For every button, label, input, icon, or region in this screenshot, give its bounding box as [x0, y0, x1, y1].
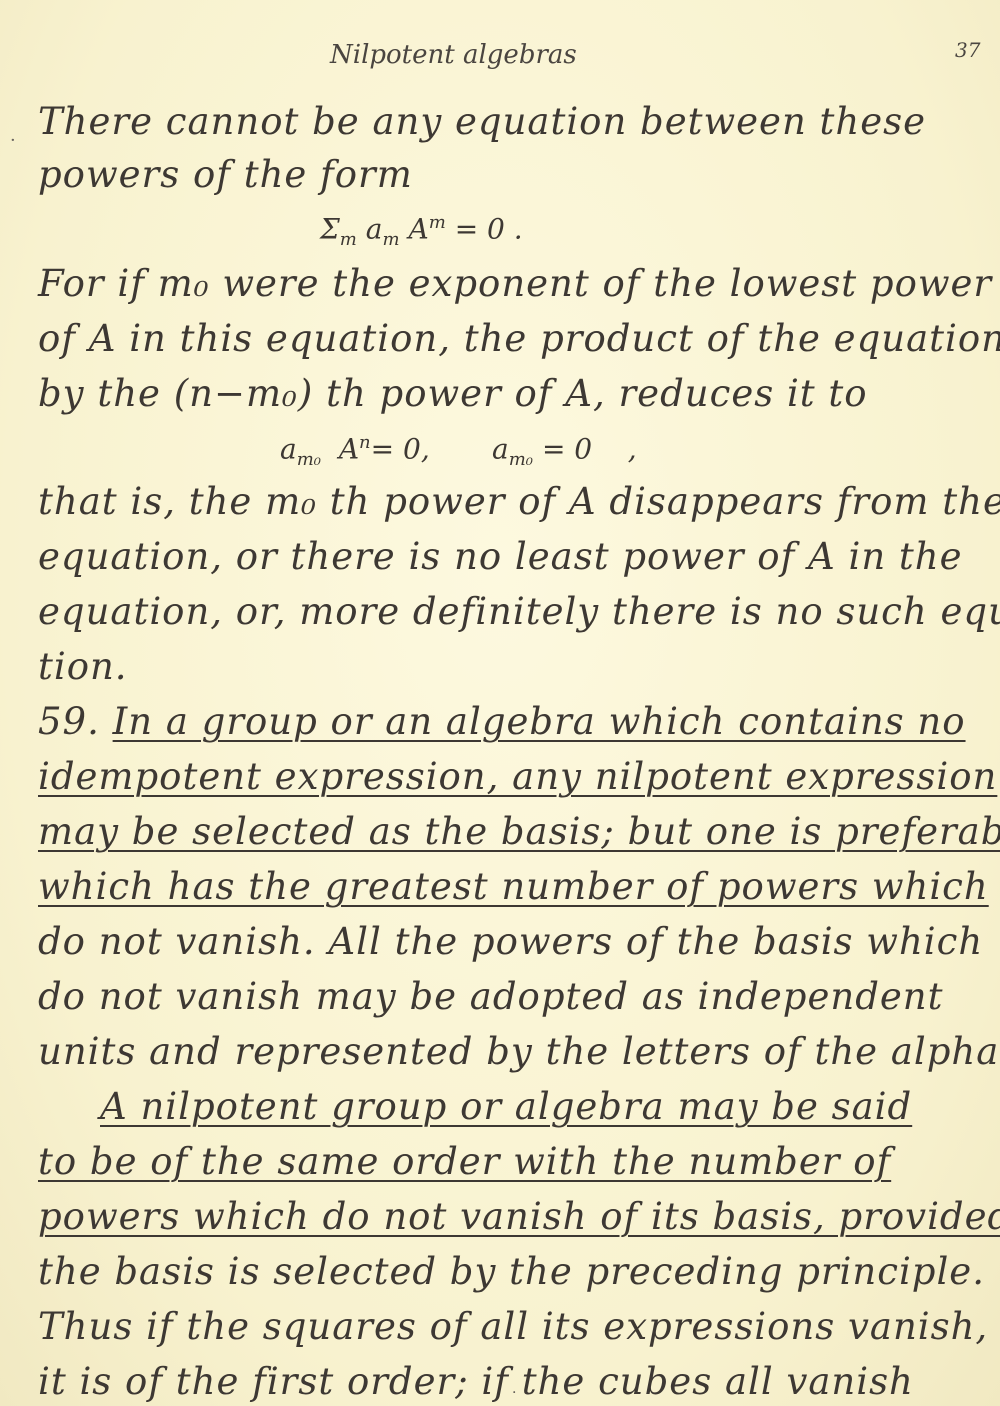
base-A: A: [408, 212, 428, 245]
bottom-mark: ·: [512, 1385, 516, 1401]
coefficient-subscript: m₀: [509, 449, 533, 470]
text-line: do not vanish may be adopted as independ…: [38, 975, 943, 1018]
text-line: the basis is selected by the preceding p…: [38, 1250, 985, 1293]
text-line: it is of the first order; if the cubes a…: [38, 1360, 914, 1403]
text-line: do not vanish. All the powers of the bas…: [38, 920, 983, 963]
underlined-text: In a group or an algebra which contains …: [113, 700, 966, 743]
underlined-line: idempotent expression, any nilpotent exp…: [38, 755, 997, 798]
text-line: that is, the m₀ th power of A disappears…: [38, 480, 1000, 523]
coefficient-subscript: m₀: [297, 449, 321, 470]
manuscript-page: Nilpotent algebras 37 · There cannot be …: [0, 0, 1000, 1406]
underlined-line: may be selected as the basis; but one is…: [38, 810, 1000, 853]
exponent: m: [429, 212, 446, 233]
text-line: powers of the form: [38, 153, 413, 196]
underlined-line: which has the greatest number of powers …: [38, 865, 989, 908]
equals-zero: = 0,: [371, 432, 430, 465]
text-line: Thus if the squares of all its expressio…: [38, 1305, 988, 1348]
coefficient: a: [280, 432, 297, 465]
underlined-line: to be of the same order with the number …: [38, 1140, 891, 1183]
page-number: 37: [955, 38, 980, 62]
margin-mark: ·: [10, 130, 16, 151]
text-line: by the (n−m₀) th power of A, reduces it …: [38, 372, 868, 415]
coefficient: a: [366, 212, 383, 245]
equals-zero: = 0 .: [455, 212, 523, 245]
text-line: of A in this equation, the product of th…: [38, 317, 1000, 360]
text-line: equation, or, more definitely there is n…: [38, 590, 1000, 633]
section-number: 59.: [38, 700, 100, 743]
base-A: A: [339, 432, 359, 465]
exponent: n: [359, 432, 371, 453]
underlined-line: A nilpotent group or algebra may be said: [100, 1085, 912, 1128]
comma: ,: [628, 432, 637, 465]
section-59-line: 59. In a group or an algebra which conta…: [38, 700, 966, 743]
formula-reduction: am₀ An= 0, am₀ = 0 ,: [280, 432, 637, 470]
equals-zero: = 0: [542, 432, 592, 465]
text-line: For if m₀ were the exponent of the lowes…: [38, 262, 992, 305]
text-line: There cannot be any equation between the…: [38, 100, 926, 143]
text-line: units and represented by the letters of …: [38, 1030, 1000, 1073]
text-line: tion.: [38, 645, 128, 688]
text-line: equation, or there is no least power of …: [38, 535, 963, 578]
underlined-line: powers which do not vanish of its basis,…: [38, 1195, 1000, 1238]
coefficient-subscript: m: [382, 229, 399, 250]
formula-sum: Σm am Am = 0 .: [320, 212, 523, 250]
sigma-symbol: Σ: [320, 212, 340, 245]
coefficient: a: [492, 432, 509, 465]
sigma-subscript: m: [340, 229, 357, 250]
page-header-title: Nilpotent algebras: [330, 40, 577, 70]
